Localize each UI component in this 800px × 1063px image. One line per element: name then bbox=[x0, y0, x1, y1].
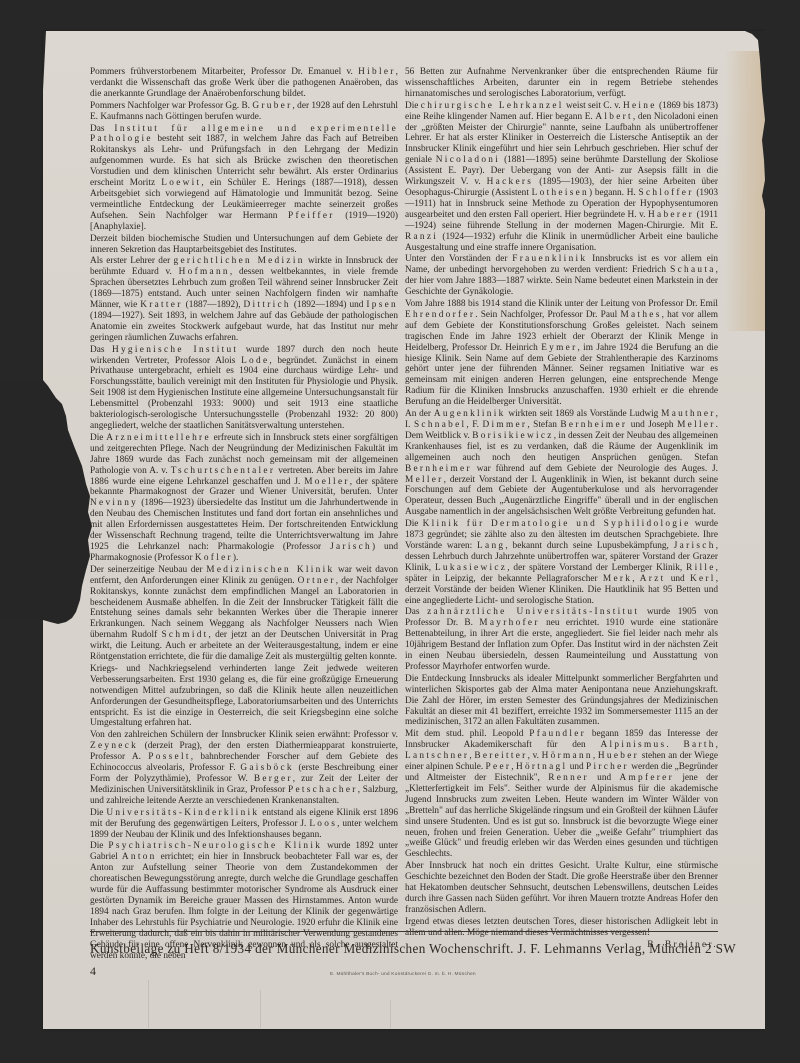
spaced-name: Nicoladoni bbox=[436, 155, 500, 165]
spaced-name: Dimmer bbox=[483, 420, 528, 430]
spaced-name: Arzt bbox=[640, 574, 666, 584]
spaced-name: Bernheimer bbox=[560, 420, 627, 430]
spaced-name: Hofmann bbox=[179, 267, 230, 277]
spaced-name: Anton bbox=[122, 852, 157, 862]
article-paragraph: Das zahnärztliche Universitäts-Institut … bbox=[405, 607, 718, 672]
spaced-name: Bernheimer bbox=[405, 464, 472, 474]
spaced-name: Psychiatrisch-Neurologische Klinik bbox=[108, 841, 322, 851]
footer-rule bbox=[90, 931, 718, 932]
article-paragraph: Pommers Nachfolger war Professor Gg. B. … bbox=[90, 101, 398, 123]
spaced-name: Mathes bbox=[620, 310, 661, 320]
article-paragraph: Aber Innsbruck hat noch ein drittes Gesi… bbox=[405, 861, 718, 916]
article-paragraph: 56 Betten zur Aufnahme Nervenkranker übe… bbox=[405, 67, 718, 100]
right-text-column: 56 Betten zur Aufnahme Nervenkranker übe… bbox=[405, 67, 718, 952]
article-paragraph: An der Augenklinik wirkten seit 1869 als… bbox=[405, 409, 718, 518]
article-paragraph: Irgend etwas dieses letzten deutschen To… bbox=[405, 917, 718, 939]
spaced-name: Lukasiewicz bbox=[435, 563, 507, 573]
spaced-name: Moeller bbox=[304, 477, 350, 487]
spaced-name: Eymer bbox=[541, 343, 577, 353]
article-paragraph: Die Arzneimittellehre erfreute sich in I… bbox=[90, 433, 398, 564]
spaced-name: Ortner bbox=[298, 576, 336, 586]
spaced-name: Ranzi bbox=[405, 232, 438, 242]
spaced-name: Dittrich bbox=[244, 300, 291, 310]
article-paragraph: Die Universitäts-Kinderklinik entstand a… bbox=[90, 808, 398, 841]
article-paragraph: Derzeit bilden biochemische Studien und … bbox=[90, 234, 398, 256]
printer-imprint: E. Mühlthaler's Buch- und Kunstdruckerei… bbox=[330, 972, 476, 977]
spaced-name: Medizinischen Klinik bbox=[206, 565, 334, 575]
spaced-name: Augenklinik bbox=[434, 409, 506, 419]
spaced-name: Gaisböck bbox=[240, 763, 294, 773]
spaced-name: Universitäts-Kinderklinik bbox=[106, 808, 259, 818]
article-paragraph: Das Hygienische Institut wurde 1897 durc… bbox=[90, 345, 398, 432]
page-number: 4 bbox=[90, 964, 96, 979]
spaced-name: Kratter bbox=[140, 300, 182, 310]
spaced-name: Schloffer bbox=[638, 188, 693, 198]
spaced-name: Schnabel bbox=[414, 420, 466, 430]
spaced-name: Pircher bbox=[586, 762, 629, 772]
article-paragraph: Pommers frühverstorbenem Mitarbeiter, Pr… bbox=[90, 67, 398, 100]
spaced-name: Petschacher bbox=[288, 785, 358, 795]
spaced-name: Frauenklinik bbox=[512, 254, 587, 264]
spaced-name: Institut für allgemeine und experimentel… bbox=[90, 124, 398, 145]
spaced-name: Meller bbox=[405, 475, 444, 485]
spaced-name: Ehrendorfer bbox=[405, 310, 475, 320]
spaced-name: Tschurtschentaler bbox=[171, 466, 276, 476]
spaced-name: Mayrhofer bbox=[479, 618, 539, 628]
spaced-name: Lang bbox=[477, 541, 505, 551]
spaced-name: Renner bbox=[548, 773, 589, 783]
spaced-name: Klinik für Dermatologie und Syphilidolog… bbox=[423, 519, 691, 529]
spaced-name: Schmidt bbox=[161, 630, 208, 640]
spaced-name: Loewit bbox=[161, 178, 201, 188]
spaced-name: Albert bbox=[595, 112, 633, 122]
spaced-name: Heine bbox=[623, 101, 657, 111]
paper-crease bbox=[260, 990, 261, 1028]
spaced-name: Arzneimittellehre bbox=[106, 433, 211, 443]
spaced-name: Peer bbox=[486, 762, 512, 772]
spaced-name: Jarisch bbox=[330, 542, 372, 552]
spaced-name: Nevinny bbox=[90, 498, 138, 508]
spaced-name: Hygienische Institut bbox=[112, 345, 238, 355]
paper-crease bbox=[148, 980, 149, 1028]
spaced-name: Lotheisen bbox=[532, 188, 589, 198]
article-paragraph: Die chirurgische Lehrkanzel weist seit C… bbox=[405, 101, 718, 254]
spaced-name: Borisikiewicz bbox=[472, 431, 554, 441]
spaced-name: Meller bbox=[677, 420, 716, 430]
spaced-name: Bereitter bbox=[474, 751, 527, 761]
spaced-name: Lantschner bbox=[405, 751, 469, 761]
article-paragraph: Vom Jahre 1888 bis 1914 stand die Klinik… bbox=[405, 299, 718, 408]
spaced-name: Kerl bbox=[690, 574, 716, 584]
spaced-name: chirurgische Lehrkanzel bbox=[421, 101, 564, 111]
spaced-name: Alpinismus bbox=[600, 740, 666, 750]
article-paragraph: Das Institut für allgemeine und experime… bbox=[90, 124, 398, 233]
spaced-name: Pfaundler bbox=[529, 729, 586, 739]
paper-crease bbox=[390, 1000, 391, 1028]
spaced-name: Schauta bbox=[670, 265, 716, 275]
spaced-name: Ipsen bbox=[366, 300, 398, 310]
spaced-name: gerichtlichen Medizin bbox=[174, 256, 305, 266]
spaced-name: Berger bbox=[254, 774, 293, 784]
left-text-column: Pommers frühverstorbenem Mitarbeiter, Pr… bbox=[90, 67, 398, 962]
spaced-name: Posselt bbox=[148, 752, 190, 762]
article-paragraph: Der seinerzeitige Neubau der Medizinisch… bbox=[90, 565, 398, 663]
spaced-name: Mauthner bbox=[661, 409, 716, 419]
spaced-name: Pfeiffer bbox=[288, 211, 335, 221]
spaced-name: Merk bbox=[603, 574, 632, 584]
spaced-name: Loos bbox=[309, 819, 337, 829]
spaced-name: Haberer bbox=[648, 210, 694, 220]
spaced-name: Hueber bbox=[598, 751, 639, 761]
spaced-name: Ampferer bbox=[619, 773, 674, 783]
article-paragraph: Als erster Lehrer der gerichtlichen Medi… bbox=[90, 256, 398, 343]
spaced-name: Lode bbox=[241, 356, 269, 366]
spaced-name: zahnärztliche Universitäts-Institut bbox=[427, 607, 639, 617]
spaced-name: Hackers bbox=[487, 177, 534, 187]
spaced-name: Jarisch bbox=[674, 541, 716, 551]
spaced-name: Zeyneck bbox=[90, 741, 138, 751]
article-paragraph: Die Entdeckung Innsbrucks als idealer Mi… bbox=[405, 674, 718, 729]
paper-stain bbox=[725, 51, 765, 331]
spaced-name: Hörtnagl bbox=[516, 762, 567, 772]
spaced-name: Hörmann bbox=[542, 751, 593, 761]
spaced-name: Gruber bbox=[252, 101, 292, 111]
article-paragraph: Kriegs- und Nachkriegselend verhinderten… bbox=[90, 664, 398, 729]
spaced-name: Barth bbox=[684, 740, 716, 750]
article-paragraph: Unter den Vorständen der Frauenklinik In… bbox=[405, 254, 718, 298]
article-paragraph: Von den zahlreichen Schülern der Innsbru… bbox=[90, 730, 398, 806]
spaced-name: Hibler bbox=[358, 67, 396, 77]
article-paragraph: Die Klinik für Dermatologie und Syphilid… bbox=[405, 519, 718, 606]
supplement-caption: Kunstbeilage zu Heft 8/1934 der Münchene… bbox=[90, 941, 730, 957]
spaced-name: Kofler bbox=[195, 553, 233, 563]
article-paragraph: Mit dem stud. phil. Leopold Pfaundler be… bbox=[405, 729, 718, 860]
spaced-name: Rille bbox=[686, 563, 716, 573]
